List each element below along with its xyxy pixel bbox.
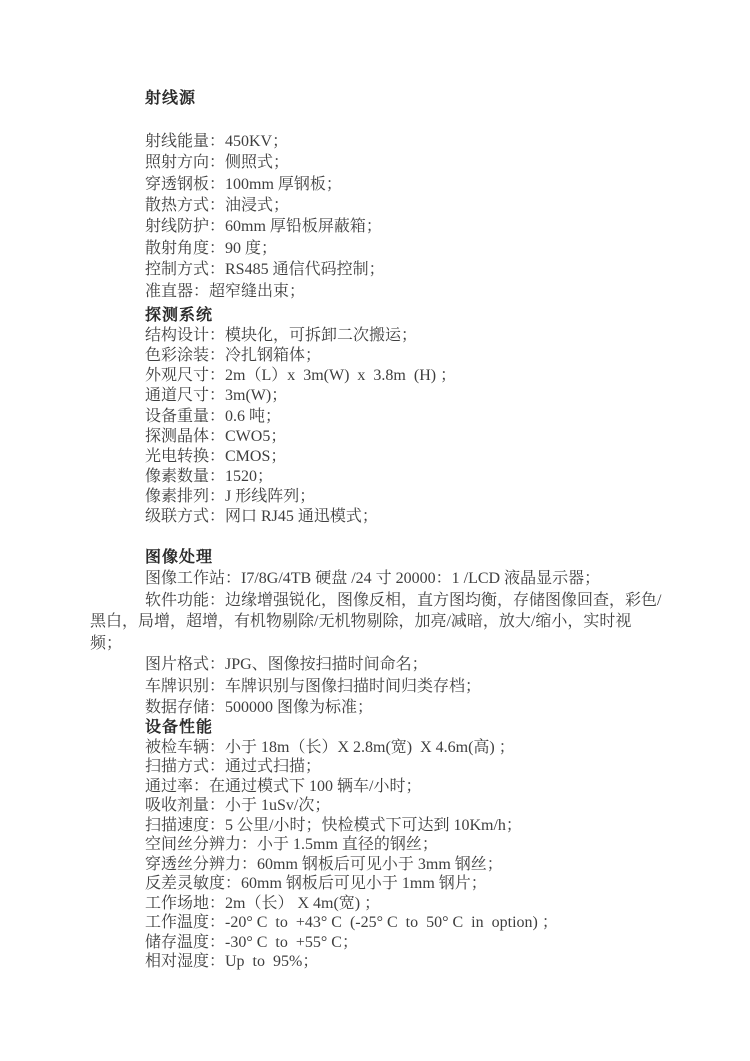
spec-line: 准直器：超窄缝出束； [90, 281, 686, 302]
spec-line: 吸收剂量：小于 1uSv/次； [90, 796, 686, 816]
spec-line: 空间丝分辨力：小于 1.5mm 直径的钢丝； [90, 835, 686, 855]
document-body: 射线源 射线能量：450KV； 照射方向：侧照式； 穿透钢板：100mm 厚钢板… [90, 88, 686, 972]
spec-line: 结构设计：模块化，可拆卸二次搬运； [90, 326, 686, 346]
spec-line: 扫描速度：5 公里/小时；快检模式下可达到 10Km/h； [90, 816, 686, 836]
spec-line: 工作温度：-20° C to +43° C (-25° C to 50° C i… [90, 913, 686, 933]
spec-line: 色彩涂装：冷扎钢箱体； [90, 346, 686, 366]
spec-line: 散射角度：90 度； [90, 238, 686, 259]
spec-line: 照射方向：侧照式； [90, 152, 686, 173]
spec-line-wrap: 黑白，局增，超增，有机物剔除/无机物剔除，加亮/减暗，放大/缩小，实时视 [90, 611, 686, 632]
spec-line: 软件功能：边缘增强锐化，图像反相，直方图均衡，存储图像回查，彩色/ [90, 590, 686, 611]
spec-line: 被检车辆：小于 18m（长）X 2.8m(宽) X 4.6m(高) ； [90, 738, 686, 758]
spec-line: 穿透钢板：100mm 厚钢板； [90, 174, 686, 195]
spec-line: 射线能量：450KV； [90, 131, 686, 152]
spec-line: 设备重量：0.6 吨； [90, 407, 686, 427]
spec-line-wrap: 频； [90, 633, 686, 654]
section-detection-system: 探测系统 结构设计：模块化，可拆卸二次搬运； 色彩涂装：冷扎钢箱体； 外观尺寸：… [90, 306, 686, 527]
document-page: 射线源 射线能量：450KV； 照射方向：侧照式； 穿透钢板：100mm 厚钢板… [0, 0, 750, 1061]
spec-line: 外观尺寸：2m（L）x 3m(W) x 3.8m (H) ； [90, 366, 686, 386]
spec-line: 图像工作站：I7/8G/4TB 硬盘 /24 寸 20000：1 /LCD 液晶… [90, 568, 686, 589]
spec-line: 通过率：在通过模式下 100 辆车/小时； [90, 777, 686, 797]
section-heading-radiation-source: 射线源 [90, 88, 686, 109]
section-radiation-source: 射线源 射线能量：450KV； 照射方向：侧照式； 穿透钢板：100mm 厚钢板… [90, 88, 686, 302]
spec-line: 相对湿度：Up to 95%； [90, 952, 686, 972]
blank-line [90, 109, 686, 130]
spec-line: 控制方式：RS485 通信代码控制； [90, 259, 686, 280]
spec-line: 通道尺寸：3m(W)； [90, 386, 686, 406]
spec-line: 光电转换：CMOS； [90, 447, 686, 467]
spec-line: 储存温度：-30° C to +55° C； [90, 933, 686, 953]
spec-line: 图片格式：JPG、图像按扫描时间命名； [90, 654, 686, 675]
section-heading-detection-system: 探测系统 [90, 306, 686, 326]
spec-line: 反差灵敏度：60mm 钢板后可见小于 1mm 钢片； [90, 874, 686, 894]
spec-line: 探测晶体：CWO5； [90, 427, 686, 447]
spec-line: 工作场地：2m（长） X 4m(宽) ； [90, 894, 686, 914]
spec-line: 散热方式：油浸式； [90, 195, 686, 216]
spec-line: 级联方式：网口 RJ45 通迅模式； [90, 507, 686, 527]
spec-line: 数据存储：500000 图像为标准； [90, 697, 686, 718]
spec-line: 像素排列：J 形线阵列； [90, 487, 686, 507]
section-heading-image-processing: 图像处理 [90, 547, 686, 568]
spec-line: 扫描方式：通过式扫描； [90, 757, 686, 777]
section-equipment-performance: 设备性能 被检车辆：小于 18m（长）X 2.8m(宽) X 4.6m(高) ；… [90, 718, 686, 972]
section-heading-equipment-performance: 设备性能 [90, 718, 686, 738]
spec-line: 射线防护：60mm 厚铅板屏蔽箱； [90, 216, 686, 237]
spec-line: 穿透丝分辨力：60mm 钢板后可见小于 3mm 钢丝； [90, 855, 686, 875]
section-image-processing: 图像处理 图像工作站：I7/8G/4TB 硬盘 /24 寸 20000：1 /L… [90, 547, 686, 718]
spec-line: 车牌识别：车牌识别与图像扫描时间归类存档； [90, 676, 686, 697]
spec-line: 像素数量：1520； [90, 467, 686, 487]
